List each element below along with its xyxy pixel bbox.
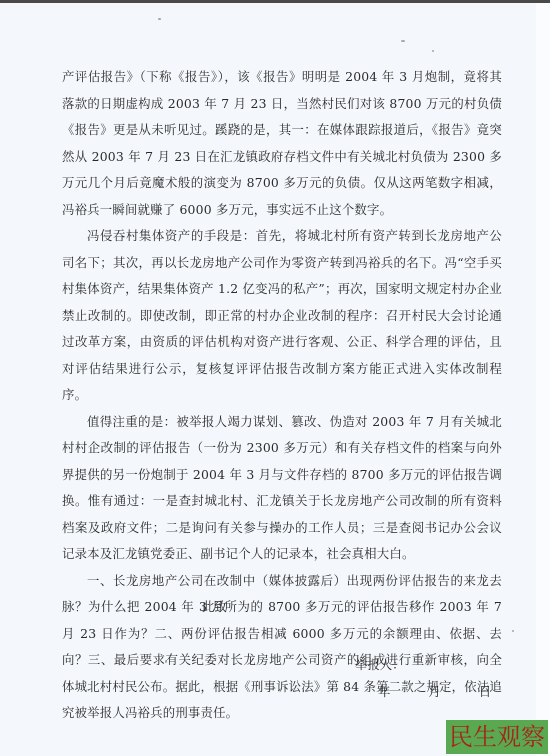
paragraph-1: 产评估报告》（下称《报告》），该《报告》明明是 2004 年 3 月炮制，竟将其… — [62, 64, 502, 223]
closing-salutation: 此致 — [202, 597, 227, 615]
scan-top-edge — [0, 0, 550, 3]
paragraph-2: 冯侵吞村集体资产的手段是：首先，将城北村所有资产转到长龙房地产公司名下；其次，再… — [62, 223, 502, 409]
date-month-label: 月 — [428, 684, 440, 699]
scan-speck — [401, 40, 405, 42]
paragraph-4: 一、长龙房地产公司在改制中（媒体披露后）出现两份评估报告的来龙去脉？为什么把 2… — [62, 568, 502, 727]
paragraph-3: 值得注重的是：被举报人竭力谋划、篡改、伪造对 2003 年 7 月有关城北村村企… — [62, 409, 502, 568]
date-year-label: 年 — [378, 684, 390, 699]
signer-label: 举报人： — [355, 655, 405, 673]
scan-speck — [432, 50, 434, 52]
scan-speck — [158, 18, 161, 20]
scan-right-edge — [536, 3, 550, 756]
scan-speck — [512, 630, 514, 632]
date-line: 年 月 日 — [378, 682, 511, 700]
date-day-label: 日 — [479, 684, 491, 699]
watermark-badge: 民生观察 — [446, 720, 548, 754]
document-body: 产评估报告》（下称《报告》），该《报告》明明是 2004 年 3 月炮制，竟将其… — [62, 64, 502, 727]
